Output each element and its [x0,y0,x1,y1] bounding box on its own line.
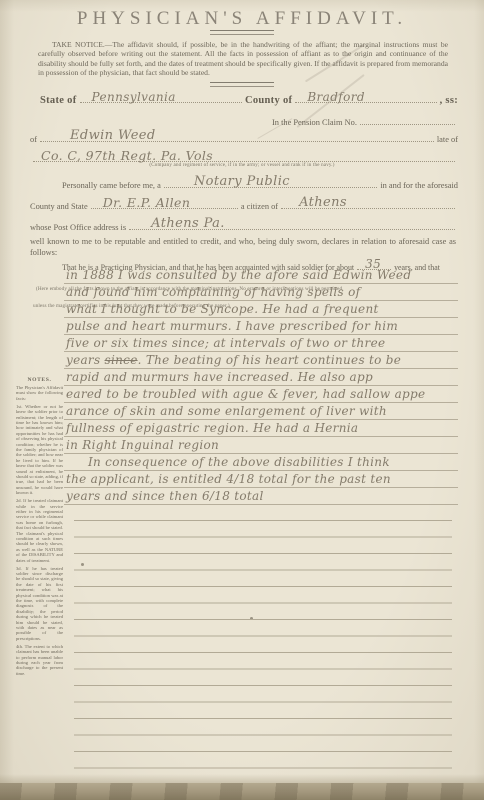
statement-line-with-strikeout: years since. The beating of his heart co… [66,353,401,367]
blank-ruled-lines [74,520,452,769]
county-state-label: County and State [30,202,88,211]
page-title: PHYSICIAN'S AFFIDAVIT. [0,8,484,30]
state-value-handwriting: Pennsylvania [92,90,176,104]
state-label: State of [40,95,77,106]
regiment-handwriting: Co. C, 97th Regt. Pa. Vols [41,148,213,163]
statement-line: pulse and heart murmurs. I have prescrib… [66,319,398,333]
po-address-handwriting: Athens Pa. [151,216,225,231]
affiant-name-handwriting: Dr. E.P. Allen [103,195,191,210]
page-bottom-edge [0,783,484,800]
title-divider [210,30,274,35]
of-label: of [30,135,37,144]
regiment-field: Co. C, 97th Regt. Pa. Vols [33,151,455,162]
notes-item: 3d. If he has treated soldier since disc… [16,566,63,642]
statement-line: the applicant, is entitled 4/18 total fo… [66,472,391,486]
soldier-line: of Edwin Weed late of [30,131,458,144]
po-address-label: whose Post Office address is [30,223,126,232]
state-county-line: State of Pennsylvania County of Bradford… [40,92,458,106]
affiant-name-field: Dr. E.P. Allen [91,198,238,209]
pension-claim-field [360,114,455,125]
county-label: County of [245,95,292,106]
county-state-line: County and State Dr. E.P. Allen a citize… [30,198,458,211]
statement-line: years and since then 6/18 total [66,489,264,503]
credit-paragraph: well known to me to be reputable and ent… [30,237,456,258]
pension-claim-line: In the Pension Claim No. [272,114,458,127]
statement-line: eared to be troubled with ague & fever, … [66,387,425,401]
officer-handwriting: Notary Public [194,174,290,189]
page-edge-shadow [0,774,484,783]
late-of-label: late of [437,135,458,144]
statement-text: . The beating of his heart continues to … [138,353,402,367]
statement-line: arance of skin and some enlargement of l… [66,404,387,418]
take-notice-paragraph: TAKE NOTICE.—The affidavit should, if po… [38,40,448,78]
po-address-line: whose Post Office address is Athens Pa. [30,219,458,232]
regiment-line: Co. C, 97th Regt. Pa. Vols [30,151,458,162]
statement-line: five or six times since; at intervals of… [66,336,385,350]
notes-item: 4th. The extent to which claimant has be… [16,644,63,676]
pension-claim-label: In the Pension Claim No. [272,118,357,127]
citizen-field: Athens [281,198,455,209]
notes-intro: The Physician's Affidavit must show the … [16,385,63,401]
notes-item: 1st. Whether or not he knew the soldier … [16,404,63,496]
statement-text: years [66,353,105,367]
officer-field: Notary Public [164,177,378,188]
statement-line: rapid and murmurs have increased. He als… [66,370,373,384]
in-and-for-label: in and for the aforesaid [380,181,458,190]
notice-divider [210,82,274,87]
statement-line: and found him complaining of having spel… [66,285,360,299]
personally-label: Personally came before me, a [62,181,161,190]
soldier-name-field: Edwin Weed [40,131,434,142]
statement-line: In consequence of the above disabilities… [88,455,390,469]
statement-line: what I thought to be Syncope. He had a f… [66,302,379,316]
notes-heading: NOTES. [16,377,63,383]
notes-item: 2d. If he treated claimant while in the … [16,498,63,563]
po-address-field: Athens Pa. [129,219,455,230]
marginal-notes: NOTES. The Physician's Affidavit must sh… [16,377,63,679]
citizen-handwriting: Athens [299,195,347,210]
soldier-name-handwriting: Edwin Weed [70,128,156,143]
county-value-handwriting: Bradford [307,90,365,104]
struck-word: since [105,353,138,367]
state-field: Pennsylvania [80,92,242,103]
statement-line: fullness of epigastric region. He had a … [66,421,358,435]
citizen-label: a citizen of [241,202,278,211]
personally-line: Personally came before me, a Notary Publ… [62,177,458,190]
regiment-caption: (Company and regiment of service, if in … [0,163,484,168]
county-field: Bradford [295,92,436,103]
statement-line: in 1888 I was consulted by the afore sai… [66,268,411,282]
affidavit-page: PHYSICIAN'S AFFIDAVIT. TAKE NOTICE.—The … [0,0,484,800]
statement-line: in Right Inguinal region [66,438,219,452]
ss-suffix: , ss: [440,95,458,106]
